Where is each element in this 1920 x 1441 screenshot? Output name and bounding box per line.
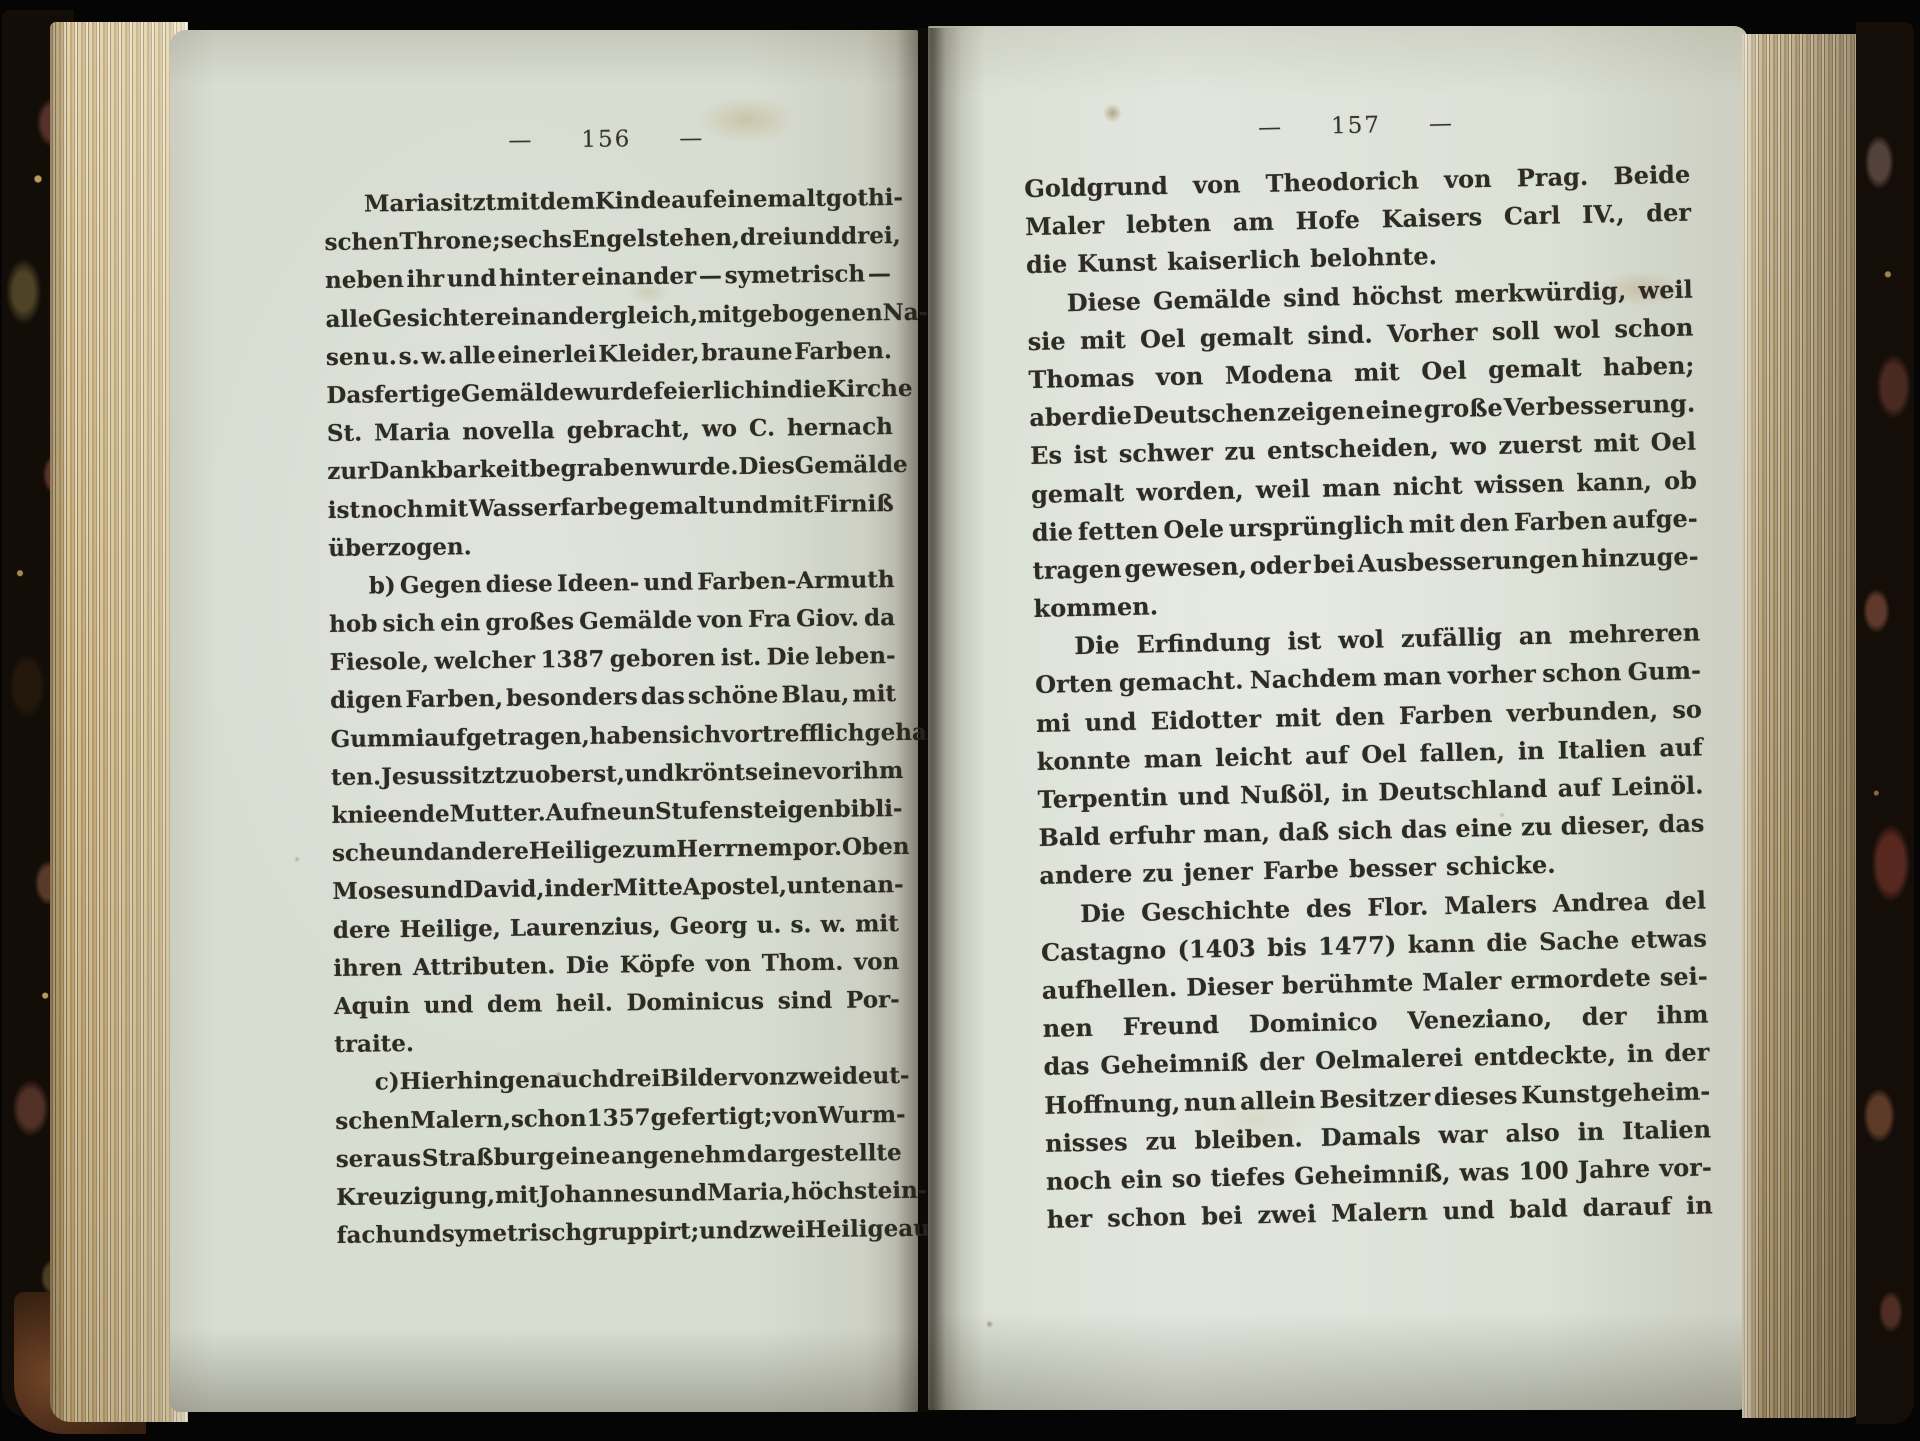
- header-dash: —: [1429, 111, 1455, 138]
- header-dash: —: [1258, 114, 1284, 141]
- text-lines: GoldgrundvonTheodorichvonPrag.BeideMaler…: [1024, 156, 1713, 1240]
- left-page: — 156 — MariasitztmitdemKindeaufeinemalt…: [170, 30, 918, 1412]
- page-number: 156: [581, 126, 631, 153]
- right-page-edge-stack: [1742, 34, 1864, 1418]
- header-dash: —: [679, 125, 704, 151]
- text-line: Aquinunddemheil.DominicussindPor-: [334, 981, 900, 1026]
- page-header: — 156 —: [323, 117, 889, 162]
- page-number: 157: [1331, 112, 1381, 139]
- right-marbled-cover: [1856, 22, 1914, 1424]
- right-text-block: — 157 — GoldgrundvonTheodorichvonPrag.Be…: [1023, 100, 1713, 1240]
- right-page: — 157 — GoldgrundvonTheodorichvonPrag.Be…: [928, 26, 1748, 1410]
- text-lines: MariasitztmitdemKindeaufeinemaltgothi-sc…: [324, 179, 903, 1255]
- book-photo: — 156 — MariasitztmitdemKindeaufeinemalt…: [0, 0, 1920, 1441]
- page-header: — 157 —: [1023, 100, 1690, 153]
- left-page-edge-stack: [50, 22, 188, 1422]
- text-line: fachundsymetrischgruppirt;undzweiHeilige…: [336, 1210, 902, 1255]
- text-line: istnochmitWasserfarbegemaltundmitFirniß: [328, 485, 894, 530]
- header-dash: —: [508, 127, 533, 153]
- text-line: MosesundDavid,inderMitteApostel,untenan-: [332, 866, 898, 911]
- text-line: hobsicheingroßesGemäldevonFraGiov.da: [329, 599, 895, 644]
- gutter-shadow: [896, 28, 962, 1412]
- left-text-block: — 156 — MariasitztmitdemKindeaufeinemalt…: [323, 117, 903, 1255]
